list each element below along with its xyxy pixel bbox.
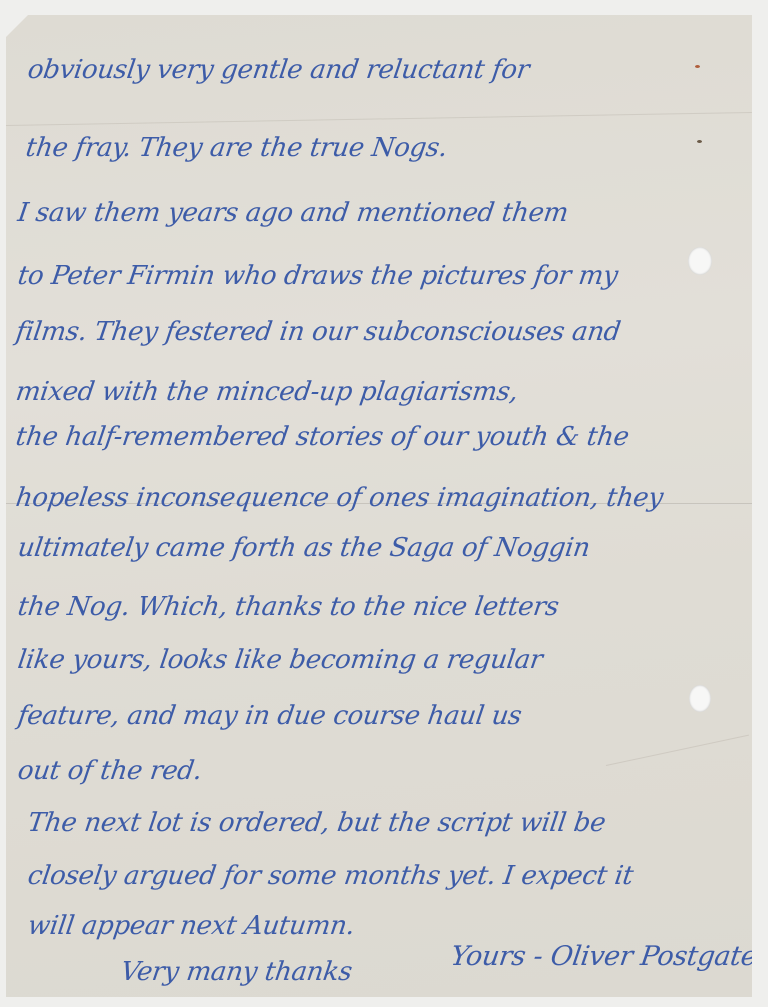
scanned-letter: obviously very gentle and reluctant for … xyxy=(0,0,768,1007)
letter-line: The next lot is ordered, but the script … xyxy=(26,808,608,838)
letter-line: feature, and may in due course haul us xyxy=(16,701,524,731)
letter-line: the Nog. Which, thanks to the nice lette… xyxy=(16,592,561,622)
letter-line: to Peter Firmin who draws the pictures f… xyxy=(16,261,620,291)
closing: Very many thanks xyxy=(119,957,354,987)
letter-line: obviously very gentle and reluctant for xyxy=(26,55,531,85)
letter-line: out of the red. xyxy=(16,756,204,786)
letter-line: the half-remembered stories of our youth… xyxy=(14,422,631,452)
letter-line: hopeless inconsequence of ones imaginati… xyxy=(14,483,665,513)
letter-line: mixed with the minced-up plagiarisms, xyxy=(14,377,520,407)
letter-line: the fray. They are the true Nogs. xyxy=(24,133,449,163)
letter-body: obviously very gentle and reluctant for … xyxy=(6,15,752,997)
letter-line: I saw them years ago and mentioned them xyxy=(16,198,570,228)
letter-line: closely argued for some months yet. I ex… xyxy=(26,861,635,891)
letter-line: like yours, looks like becoming a regula… xyxy=(16,645,544,675)
letter-line: films. They festered in our subconscious… xyxy=(14,317,622,347)
letter-line: will appear next Autumn. xyxy=(26,911,357,941)
signature: Yours - Oliver Postgate xyxy=(449,941,759,972)
letter-line: ultimately came forth as the Saga of Nog… xyxy=(16,533,592,563)
letter-paper: obviously very gentle and reluctant for … xyxy=(6,15,752,997)
